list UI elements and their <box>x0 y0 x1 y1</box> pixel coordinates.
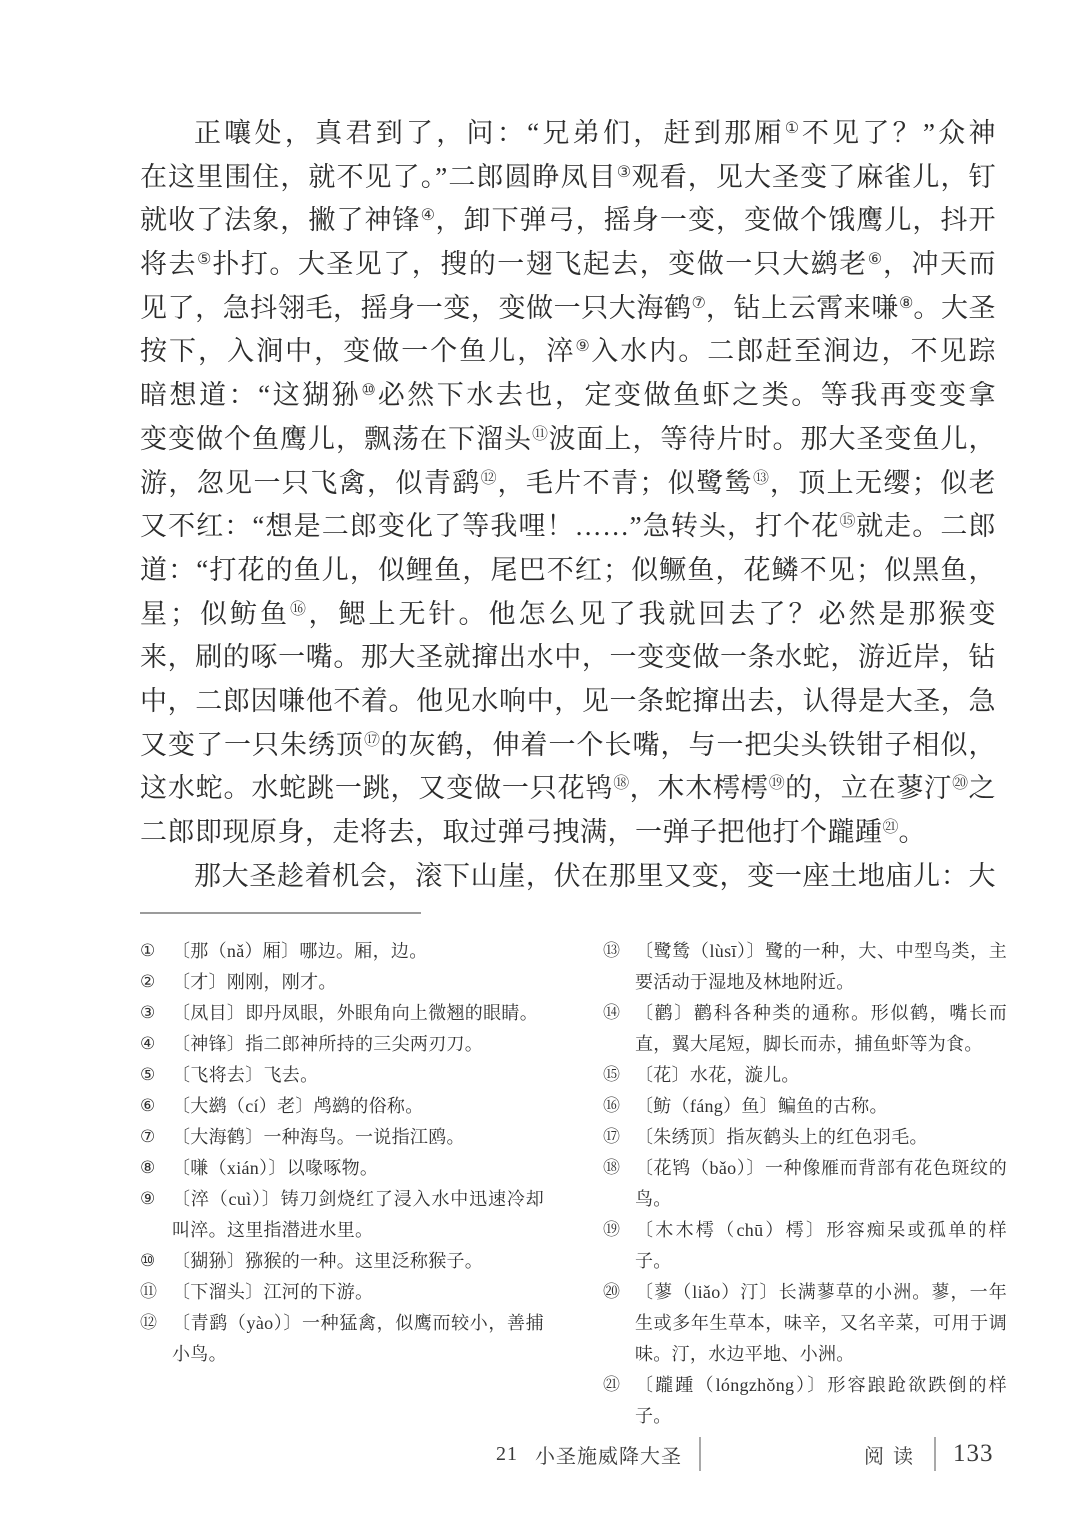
text-line: 那大圣趁着机会，滚下山崖，伏在那里又变，变一座土地庙儿：大张着 <box>140 855 996 899</box>
footnote-text: 〔蓼（liǎo）汀〕长满蓼草的小洲。蓼，一年生或多年生草本，味辛，又名辛菜，可用… <box>635 1277 1007 1370</box>
footnote-ref: ⑧ <box>899 293 913 312</box>
footnote-marker: ① <box>140 936 172 967</box>
footnote-item: ⑧〔嗛（xián）〕以喙啄物。 <box>140 1153 544 1184</box>
footnotes-right-column: ⑬〔鹭鸶（lùsī）〕鹭的一种，大、中型鸟类，主要活动于湿地及林地附近。⑭〔鹳〕… <box>603 936 1007 1432</box>
text-line: 又变了一只朱绣顶⑰的灰鹤，伸着一个长嘴，与一把尖头铁钳子相似，径来吃 <box>140 724 996 768</box>
footnote-marker: ⑧ <box>140 1153 172 1184</box>
lesson-number: 21 <box>496 1443 518 1466</box>
footnote-text: 〔鹭鸶（lùsī）〕鹭的一种，大、中型鸟类，主要活动于湿地及林地附近。 <box>635 936 1007 998</box>
footnote-text: 〔花〕水花，漩儿。 <box>635 1060 1007 1091</box>
footnote-ref: ⑮ <box>839 511 856 530</box>
footnote-item: ⑬〔鹭鸶（lùsī）〕鹭的一种，大、中型鸟类，主要活动于湿地及林地附近。 <box>603 936 1007 998</box>
footnote-text: 〔猢狲〕猕猴的一种。这里泛称猴子。 <box>172 1246 544 1277</box>
footnote-ref: ⑳ <box>952 773 968 792</box>
footnote-item: ⑯〔鲂（fáng）鱼〕鳊鱼的古称。 <box>603 1091 1007 1122</box>
page-number: 133 <box>953 1440 994 1468</box>
footnote-ref: ④ <box>421 205 436 224</box>
footnote-text: 〔朱绣顶〕指灰鹤头上的红色羽毛。 <box>635 1122 1007 1153</box>
footnote-ref: ㉑ <box>883 817 899 836</box>
footnote-item: ③〔凤目〕即丹凤眼，外眼角向上微翘的眼睛。 <box>140 998 544 1029</box>
footnote-marker: ⑪ <box>140 1277 172 1308</box>
text-line: 正嚷处，真君到了，问：“兄弟们，赶到那厢①不见了？”众神道：“才② <box>140 112 996 156</box>
footnote-marker: ⑨ <box>140 1184 172 1246</box>
text-line: 变变做个鱼鹰儿，飘荡在下溜头⑪波面上，等待片时。那大圣变鱼儿，顺水正 <box>140 418 996 462</box>
textbook-page: 正嚷处，真君到了，问：“兄弟们，赶到那厢①不见了？”众神道：“才②在这里围住，就… <box>0 0 1080 1526</box>
footnote-item: ⑳〔蓼（liǎo）汀〕长满蓼草的小洲。蓼，一年生或多年生草本，味辛，又名辛菜，可… <box>603 1277 1007 1370</box>
footnote-marker: ⑱ <box>603 1153 635 1215</box>
text-line: 星；似鲂鱼⑯，鳃上无针。他怎么见了我就回去了？必然是那猴变的。”赶上 <box>140 593 996 637</box>
footnote-item: ⑮〔花〕水花，漩儿。 <box>603 1060 1007 1091</box>
footnote-item: ⑫〔青鹞（yào）〕一种猛禽，似鹰而较小，善捕小鸟。 <box>140 1308 544 1370</box>
text-line: 来，刷的啄一嘴。那大圣就撺出水中，一变变做一条水蛇，游近岸，钻入草 <box>140 636 996 680</box>
main-text: 正嚷处，真君到了，问：“兄弟们，赶到那厢①不见了？”众神道：“才②在这里围住，就… <box>140 112 996 898</box>
footnote-text: 〔下溜头〕江河的下游。 <box>172 1277 544 1308</box>
footnote-text: 〔神锋〕指二郎神所持的三尖两刃刀。 <box>172 1029 544 1060</box>
footnote-text: 〔淬（cuì）〕铸刀剑烧红了浸入水中迅速冷却叫淬。这里指潜进水里。 <box>172 1184 544 1246</box>
text-line: 二郎即现原身，走将去，取过弹弓拽满，一弹子把他打个躘踵㉑。 <box>140 811 996 855</box>
footnote-item: ㉑〔躘踵（lóngzhǒng）〕形容踉跄欲跌倒的样子。 <box>603 1370 1007 1432</box>
footnote-ref: ⑪ <box>532 424 549 443</box>
footnote-ref: ⑦ <box>692 293 706 312</box>
footnote-ref: ⑬ <box>753 468 770 487</box>
footnote-marker: ⑥ <box>140 1091 172 1122</box>
footnote-text: 〔鹳〕鹳科各种类的通称。形似鹤，嘴长而直，翼大尾短，脚长而赤，捕鱼虾等为食。 <box>635 998 1007 1060</box>
text-line: 又不红：“想是二郎变化了等我哩！……”急转头，打个花⑮就走。二郎看见 <box>140 505 996 549</box>
footnotes-divider <box>140 912 421 914</box>
footnote-marker: ⑫ <box>140 1308 172 1370</box>
footnote-ref: ⑱ <box>613 773 629 792</box>
text-line: 见了，急抖翎毛，摇身一变，变做一只大海鹤⑦，钻上云霄来嗛⑧。大圣又将身 <box>140 287 996 331</box>
footnote-text: 〔飞将去〕飞去。 <box>172 1060 544 1091</box>
text-line: 道：“打花的鱼儿，似鲤鱼，尾巴不红；似鳜鱼，花鳞不见；似黑鱼，头上无 <box>140 549 996 593</box>
text-line: 按下，入涧中，变做一个鱼儿，淬⑨入水内。二郎赶至涧边，不见踪迹。心中 <box>140 330 996 374</box>
footnote-marker: ⑩ <box>140 1246 172 1277</box>
footnote-marker: ⑤ <box>140 1060 172 1091</box>
footnote-ref: ⑨ <box>575 336 591 355</box>
footnote-item: ⑰〔朱绣顶〕指灰鹤头上的红色羽毛。 <box>603 1122 1007 1153</box>
footnote-item: ⑱〔花鸨（bǎo）〕一种像雁而背部有花色斑纹的鸟。 <box>603 1153 1007 1215</box>
footnote-text: 〔才〕刚刚，刚才。 <box>172 967 544 998</box>
footnote-ref: ⑲ <box>769 773 785 792</box>
footnote-ref: ⑰ <box>364 730 381 749</box>
footnote-marker: ㉑ <box>603 1370 635 1432</box>
footnote-marker: ⑬ <box>603 936 635 998</box>
lesson-title: 小圣施威降大圣 <box>535 1440 682 1469</box>
footnote-text: 〔大鹚（cí）老〕鸬鹚的俗称。 <box>172 1091 544 1122</box>
footnote-item: ⑥〔大鹚（cí）老〕鸬鹚的俗称。 <box>140 1091 544 1122</box>
footnote-ref: ⑩ <box>361 380 377 399</box>
footer-divider-bar <box>934 1437 936 1471</box>
footnote-text: 〔木木樗（chū）樗〕形容痴呆或孤单的样子。 <box>635 1215 1007 1277</box>
footnote-marker: ⑰ <box>603 1122 635 1153</box>
footnote-ref: ① <box>785 118 802 137</box>
footnote-ref: ⑯ <box>290 599 309 618</box>
footnote-marker: ⑲ <box>603 1215 635 1277</box>
footnote-marker: ② <box>140 967 172 998</box>
footnote-marker: ⑭ <box>603 998 635 1060</box>
footer-lesson: 21 小圣施威降大圣 <box>496 1436 701 1472</box>
section-label: 阅读 <box>864 1440 922 1469</box>
footnote-marker: ⑳ <box>603 1277 635 1370</box>
footnote-item: ④〔神锋〕指二郎神所持的三尖两刃刀。 <box>140 1029 544 1060</box>
footnote-item: ⑩〔猢狲〕猕猴的一种。这里泛称猴子。 <box>140 1246 544 1277</box>
footnote-text: 〔鲂（fáng）鱼〕鳊鱼的古称。 <box>635 1091 1007 1122</box>
text-line: 这水蛇。水蛇跳一跳，又变做一只花鸨⑱，木木樗樗⑲的，立在蓼汀⑳之上。 <box>140 767 996 811</box>
text-line: 在这里围住，就不见了。”二郎圆睁凤目③观看，见大圣变了麻雀儿，钉在树上， <box>140 156 996 200</box>
footnote-ref: ⑫ <box>481 468 498 487</box>
footnote-ref: ⑥ <box>868 249 883 268</box>
footnote-item: ②〔才〕刚刚，刚才。 <box>140 967 544 998</box>
footnote-text: 〔大海鹤〕一种海鸟。一说指江鸥。 <box>172 1122 544 1153</box>
footnote-text: 〔青鹞（yào）〕一种猛禽，似鹰而较小，善捕小鸟。 <box>172 1308 544 1370</box>
footnote-text: 〔凤目〕即丹凤眼，外眼角向上微翘的眼睛。 <box>172 998 544 1029</box>
footnote-marker: ④ <box>140 1029 172 1060</box>
footnote-marker: ⑦ <box>140 1122 172 1153</box>
text-line: 就收了法象，撇了神锋④，卸下弹弓，摇身一变，变做个饿鹰儿，抖开翅，飞 <box>140 199 996 243</box>
footnote-item: ⑭〔鹳〕鹳科各种类的通称。形似鹤，嘴长而直，翼大尾短，脚长而赤，捕鱼虾等为食。 <box>603 998 1007 1060</box>
text-line: 游，忽见一只飞禽，似青鹞⑫，毛片不青；似鹭鸶⑬，顶上无缨；似老鹳⑭，腿 <box>140 462 996 506</box>
text-line: 暗想道：“这猢狲⑩必然下水去也，定变做鱼虾之类。等我再变变拿他。”果一 <box>140 374 996 418</box>
footnote-item: ⑤〔飞将去〕飞去。 <box>140 1060 544 1091</box>
footnote-marker: ⑮ <box>603 1060 635 1091</box>
footnote-marker: ⑯ <box>603 1091 635 1122</box>
footnote-item: ⑲〔木木樗（chū）樗〕形容痴呆或孤单的样子。 <box>603 1215 1007 1277</box>
text-line: 将去⑤扑打。大圣见了，搜的一翅飞起去，变做一只大鹚老⑥，冲天而去。二郎 <box>140 243 996 287</box>
footnotes-left-column: ①〔那（nǎ）厢〕哪边。厢，边。②〔才〕刚刚，刚才。③〔凤目〕即丹凤眼，外眼角向… <box>140 936 544 1370</box>
footnote-text: 〔那（nǎ）厢〕哪边。厢，边。 <box>172 936 544 967</box>
footnote-text: 〔嗛（xián）〕以喙啄物。 <box>172 1153 544 1184</box>
text-line: 中，二郎因嗛他不着。他见水响中，见一条蛇撺出去，认得是大圣，急转身， <box>140 680 996 724</box>
footer-divider-bar <box>699 1437 701 1471</box>
footnote-text: 〔躘踵（lóngzhǒng）〕形容踉跄欲跌倒的样子。 <box>635 1370 1007 1432</box>
footnote-text: 〔花鸨（bǎo）〕一种像雁而背部有花色斑纹的鸟。 <box>635 1153 1007 1215</box>
footer-page-info: 阅读 133 <box>864 1436 994 1472</box>
footnote-marker: ③ <box>140 998 172 1029</box>
footnote-item: ①〔那（nǎ）厢〕哪边。厢，边。 <box>140 936 544 967</box>
footnote-item: ⑪〔下溜头〕江河的下游。 <box>140 1277 544 1308</box>
footnote-ref: ⑤ <box>197 249 212 268</box>
footnote-ref: ③ <box>617 162 632 181</box>
footnote-item: ⑦〔大海鹤〕一种海鸟。一说指江鸥。 <box>140 1122 544 1153</box>
footnote-item: ⑨〔淬（cuì）〕铸刀剑烧红了浸入水中迅速冷却叫淬。这里指潜进水里。 <box>140 1184 544 1246</box>
